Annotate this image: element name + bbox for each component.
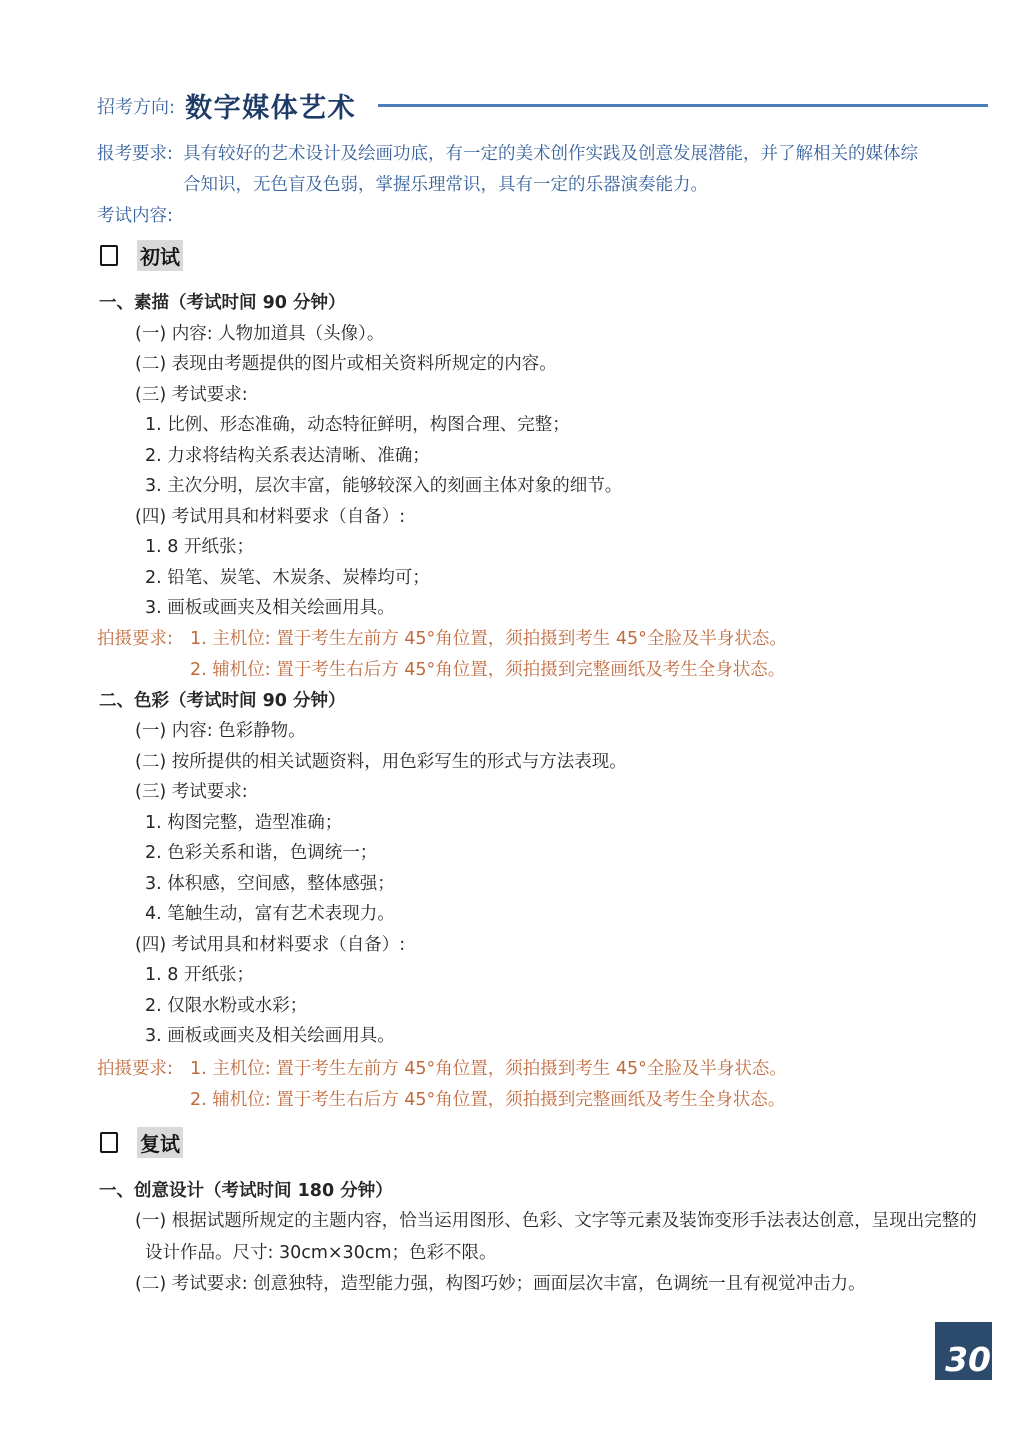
section-first-round: 初试 [97, 240, 990, 270]
color-item: (三) 考试要求: [97, 777, 990, 808]
sketch-heading: 一、素描（考试时间 90 分钟） [97, 288, 990, 319]
sketch-requirement: 1. 比例、形态准确，动态特征鲜明，构图合理、完整； [97, 410, 990, 441]
sketch-material: 1. 8 开纸张； [97, 532, 990, 563]
sketch-item: (四) 考试用具和材料要求（自备）: [97, 502, 990, 533]
application-requirements: 报考要求: 具有较好的艺术设计及绘画功底，有一定的美术创作实践及创意发展潜能，并… [97, 139, 990, 201]
color-requirement: 2. 色彩关系和谐，色调统一； [97, 838, 990, 869]
color-requirement: 4. 笔触生动，富有艺术表现力。 [97, 899, 990, 930]
page-number-badge: 30 [935, 1322, 992, 1380]
page-title: 数字媒体艺术 [185, 86, 356, 125]
color-material: 1. 8 开纸张； [97, 960, 990, 991]
shooting-label: 拍摄要求: [97, 1054, 190, 1116]
section-first-round-title: 初试 [137, 240, 183, 271]
creative-design-block: 一、创意设计（考试时间 180 分钟） (一) 根据试题所规定的主题内容，恰当运… [97, 1176, 990, 1300]
section-second-round-title: 复试 [137, 1127, 183, 1158]
ballot-box-icon [100, 245, 118, 266]
requirements-label: 报考要求: [97, 139, 183, 201]
sketch-requirement: 3. 主次分明，层次丰富，能够较深入的刻画主体对象的细节。 [97, 471, 990, 502]
shooting-label: 拍摄要求: [97, 624, 190, 686]
shooting-line: 2. 辅机位: 置于考生右后方 45°角位置，须拍摄到完整画纸及考生全身状态。 [190, 1085, 990, 1116]
sketch-material: 3. 画板或画夹及相关绘画用具。 [97, 593, 990, 624]
direction-label: 招考方向: [97, 93, 175, 119]
direction-header: 招考方向: 数字媒体艺术 [97, 86, 990, 125]
exam-content-label: 考试内容: [97, 201, 990, 232]
color-item: (四) 考试用具和材料要求（自备）: [97, 930, 990, 961]
sketch-requirement: 2. 力求将结构关系表达清晰、准确； [97, 441, 990, 472]
color-requirement: 1. 构图完整，造型准确； [97, 808, 990, 839]
sketch-shooting-requirements: 拍摄要求: 1. 主机位: 置于考生左前方 45°角位置，须拍摄到考生 45°全… [97, 624, 990, 686]
color-requirement: 3. 体积感，空间感，整体感强； [97, 869, 990, 900]
ballot-box-icon [100, 1132, 118, 1153]
color-exam-block: 二、色彩（考试时间 90 分钟） (一) 内容: 色彩静物。 (二) 按所提供的… [97, 686, 990, 1052]
color-item: (一) 内容: 色彩静物。 [97, 716, 990, 747]
sketch-item: (二) 表现由考题提供的图片或相关资料所规定的内容。 [97, 349, 990, 380]
document-page: 招考方向: 数字媒体艺术 报考要求: 具有较好的艺术设计及绘画功底，有一定的美术… [0, 0, 1024, 1447]
color-heading: 二、色彩（考试时间 90 分钟） [97, 686, 990, 717]
title-underline [378, 104, 988, 107]
color-material: 2. 仅限水粉或水彩； [97, 991, 990, 1022]
sketch-exam-block: 一、素描（考试时间 90 分钟） (一) 内容: 人物加道具（头像）。 (二) … [97, 288, 990, 624]
sketch-item: (一) 内容: 人物加道具（头像）。 [97, 319, 990, 350]
shooting-lines: 1. 主机位: 置于考生左前方 45°角位置，须拍摄到考生 45°全脸及半身状态… [190, 624, 990, 686]
sketch-material: 2. 铅笔、炭笔、木炭条、炭棒均可； [97, 563, 990, 594]
shooting-line: 1. 主机位: 置于考生左前方 45°角位置，须拍摄到考生 45°全脸及半身状态… [190, 624, 990, 655]
shooting-lines: 1. 主机位: 置于考生左前方 45°角位置，须拍摄到考生 45°全脸及半身状态… [190, 1054, 990, 1116]
color-shooting-requirements: 拍摄要求: 1. 主机位: 置于考生左前方 45°角位置，须拍摄到考生 45°全… [97, 1054, 990, 1116]
sketch-item: (三) 考试要求: [97, 380, 990, 411]
creative-item: (二) 考试要求: 创意独特，造型能力强，构图巧妙；画面层次丰富，色调统一且有视… [97, 1269, 990, 1300]
section-second-round: 复试 [97, 1128, 990, 1158]
color-material: 3. 画板或画夹及相关绘画用具。 [97, 1021, 990, 1052]
creative-heading: 一、创意设计（考试时间 180 分钟） [97, 1176, 990, 1207]
requirements-text: 具有较好的艺术设计及绘画功底，有一定的美术创作实践及创意发展潜能，并了解相关的媒… [183, 139, 921, 201]
creative-item: (一) 根据试题所规定的主题内容，恰当运用图形、色彩、文字等元素及装饰变形手法表… [97, 1206, 990, 1269]
shooting-line: 2. 辅机位: 置于考生右后方 45°角位置，须拍摄到完整画纸及考生全身状态。 [190, 655, 990, 686]
color-item: (二) 按所提供的相关试题资料，用色彩写生的形式与方法表现。 [97, 747, 990, 778]
shooting-line: 1. 主机位: 置于考生左前方 45°角位置，须拍摄到考生 45°全脸及半身状态… [190, 1054, 990, 1085]
